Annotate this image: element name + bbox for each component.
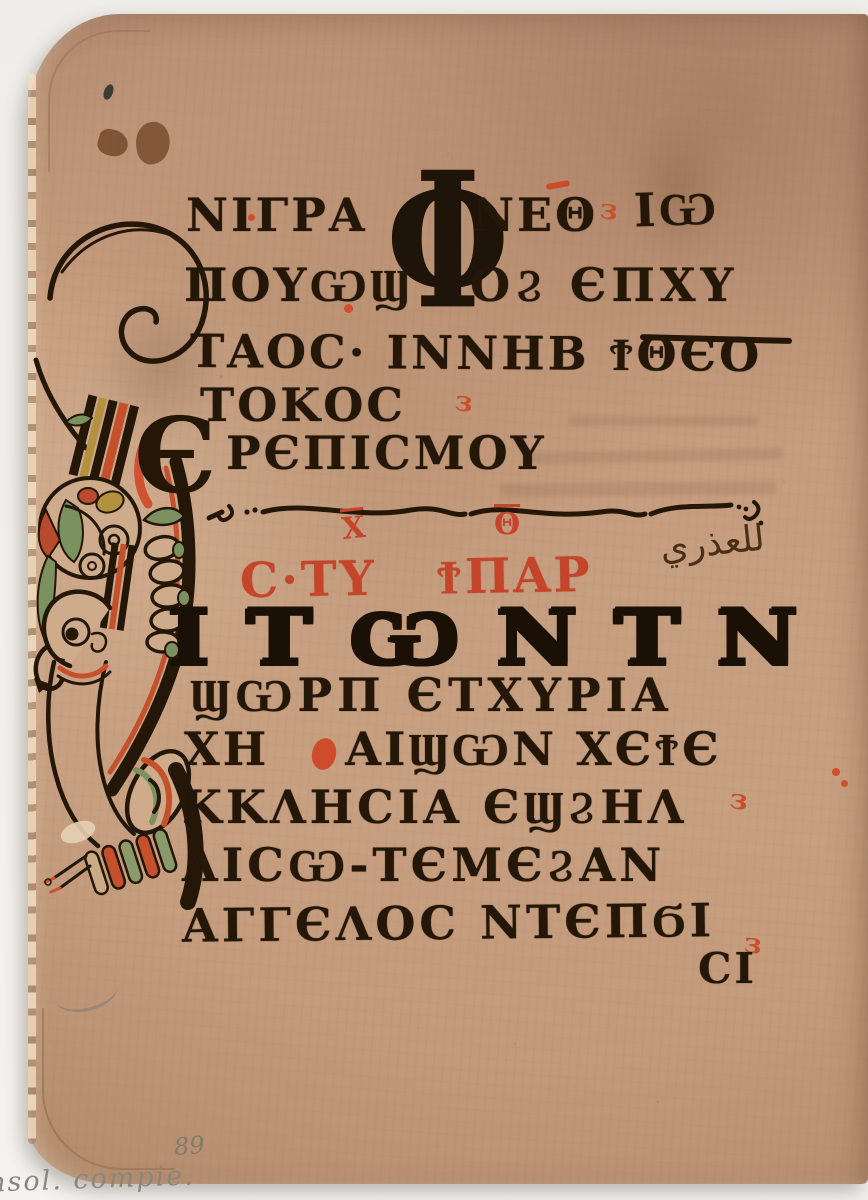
text-line-2b: ΟϨ ЄΠΧΥ xyxy=(470,262,738,308)
bird-claws xyxy=(45,856,90,892)
text-line-1c: ΙѠ xyxy=(633,185,720,234)
text-line-11: ΚΚΛΗϹΙΑ ЄϢϨΗΛ xyxy=(182,784,687,830)
text-line-9: ϢѠΡΠ ЄΤΧΥΡΙΑ xyxy=(190,672,673,718)
text-line-1a: ΝΙΓΡΑ xyxy=(186,192,368,238)
red-speck xyxy=(344,304,353,313)
text-line-12: ΑΙϹѠ-ΤЄΜЄϨΑΝ xyxy=(182,842,665,888)
red-speck xyxy=(248,214,255,221)
text-line-1b: ΝΕΘ xyxy=(472,192,598,238)
red-speck xyxy=(841,780,848,787)
striped-band xyxy=(69,394,139,486)
coil-stripes xyxy=(84,828,178,896)
show-through-line xyxy=(568,416,758,426)
text-line-13: ΑΓΓЄΛΟϹ ΝΤЄΠϬΙ xyxy=(182,897,716,949)
manuscript-photograph: Φ ΝΙΓΡΑ ΝΕΘ з ΙѠ ΠΟΥѠϢ ΟϨ ЄΠΧΥ ΤΑΟϹ· ΙΝΝ… xyxy=(0,0,868,1200)
red-speck xyxy=(832,768,840,776)
text-line-3: ΤΑΟϹ· ΙΝΝΗΒ ϮΘЄΟ xyxy=(190,328,762,378)
rubric-superscript: Θ xyxy=(494,510,520,540)
text-line-14: ϹΙ xyxy=(698,948,757,990)
text-line-4: ΤΟΚΟϹ xyxy=(200,382,406,428)
crease-bottom-left xyxy=(42,1008,174,1170)
show-through-line xyxy=(523,448,783,465)
text-line-5: ΡЄΠΙϹΜΟΥ xyxy=(226,430,547,476)
pencil-caption: nsol. compie. xyxy=(0,1160,195,1198)
text-line-2a: ΠΟΥѠϢ xyxy=(184,262,413,308)
text-line-10: ΧΗ ΑΙϢѠΝ ΧЄϮЄ xyxy=(184,726,722,772)
flourish-spiral xyxy=(50,224,206,361)
pencil-folio-number: 89 xyxy=(173,1131,206,1162)
display-line: ΙΤѠΝΤΝ xyxy=(168,600,835,676)
rubric-superscript: Χ xyxy=(340,513,366,545)
